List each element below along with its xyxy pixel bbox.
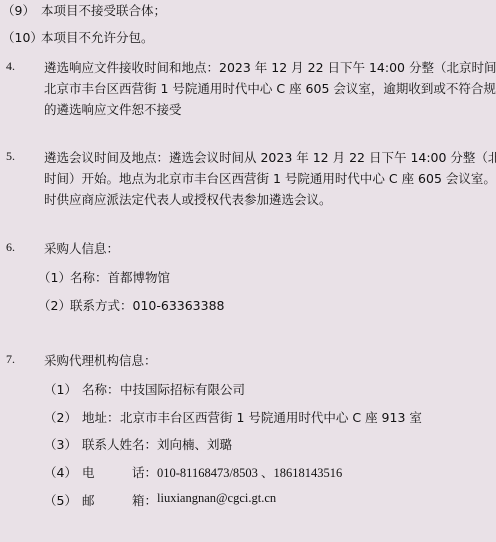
section-4-line-3: 的遴选响应文件恕不接受	[44, 100, 182, 118]
agency-name-label: 名称：	[82, 380, 120, 398]
section-7-sub-5-number: （5）	[44, 491, 77, 509]
section-6-title: 采购人信息：	[44, 239, 119, 257]
item-10-text: 本项目不允许分包。	[41, 28, 154, 46]
section-7-sub-1-number: （1）	[44, 380, 77, 398]
section-5-line-3: 时供应商应派法定代表人或授权代表参加遴选会议。	[44, 190, 332, 208]
purchaser-name: 名称：首都博物馆	[70, 268, 170, 286]
email-label-char-2: 箱：	[132, 491, 157, 509]
section-4-line-1: 遴选响应文件接收时间和地点：2023 年 12 月 22 日下午 14:00 分…	[44, 58, 496, 76]
section-4-line-2: 北京市丰台区西营街 1 号院通用时代中心 C 座 605 会议室，逾期收到或不符…	[44, 79, 496, 97]
contact-person-label: 联系人姓名：	[82, 435, 157, 453]
section-7-sub-3-number: （3）	[44, 435, 77, 453]
agency-address-value: 北京市丰台区西营街 1 号院通用时代中心 C 座 913 室	[120, 408, 422, 426]
section-7-number: 7.	[6, 352, 15, 367]
purchaser-contact: 联系方式：010-63363388	[70, 296, 225, 314]
item-10-number: （10）	[2, 28, 43, 46]
phone-value: 010-81168473/8503 、18618143516	[157, 463, 342, 481]
section-6-number: 6.	[6, 240, 15, 255]
section-6-sub-1-number: （1）	[38, 268, 71, 286]
section-7-title: 采购代理机构信息：	[44, 351, 157, 369]
email-label-char-1: 邮	[82, 491, 95, 509]
agency-address-label: 地址：	[82, 408, 120, 426]
item-9-number: （9）	[2, 1, 35, 19]
section-6-sub-2-number: （2）	[38, 296, 71, 314]
phone-label-char-1: 电	[82, 463, 95, 481]
section-5-number: 5.	[6, 149, 15, 164]
section-5-line-2: 时间）开始。地点为北京市丰台区西营街 1 号院通用时代中心 C 座 605 会议…	[44, 169, 496, 187]
section-5-line-1: 遴选会议时间及地点：遴选会议时间从 2023 年 12 月 22 日下午 14:…	[44, 148, 496, 166]
section-4-number: 4.	[6, 59, 15, 74]
item-9-text: 本项目不接受联合体；	[41, 1, 166, 19]
contact-person-value: 刘向楠、刘璐	[157, 435, 232, 453]
section-7-sub-2-number: （2）	[44, 408, 77, 426]
section-7-sub-4-number: （4）	[44, 463, 77, 481]
email-value[interactable]: liuxiangnan@cgci.gt.cn	[157, 491, 276, 506]
agency-name-value: 中技国际招标有限公司	[120, 380, 245, 398]
phone-label-char-2: 话：	[132, 463, 157, 481]
